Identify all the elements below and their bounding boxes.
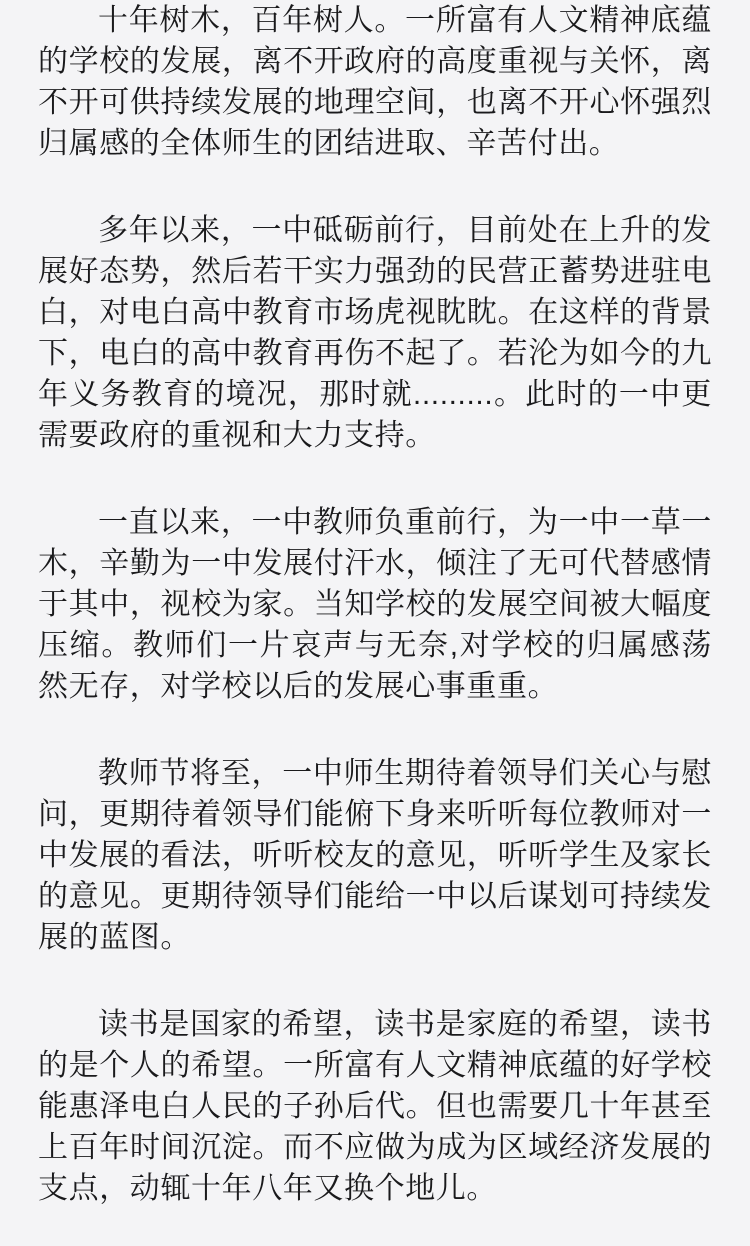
paragraph: 教师节将至，一中师生期待着领导们关心与慰问，更期待着领导们能俯下身来听听每位教师… [38, 753, 712, 958]
paragraph: 一直以来，一中教师负重前行，为一中一草一木，辛勤为一中发展付汗水，倾注了无可代替… [38, 502, 712, 707]
article-page: 十年树木，百年树人。一所富有人文精神底蕴的学校的发展，离不开政府的高度重视与关怀… [0, 0, 750, 1209]
paragraph: 多年以来，一中砥砺前行，目前处在上升的发展好态势，然后若干实力强劲的民营正蓄势进… [38, 210, 712, 456]
paragraph: 十年树木，百年树人。一所富有人文精神底蕴的学校的发展，离不开政府的高度重视与关怀… [38, 0, 712, 164]
paragraph: 读书是国家的希望，读书是家庭的希望，读书的是个人的希望。一所富有人文精神底蕴的好… [38, 1004, 712, 1209]
